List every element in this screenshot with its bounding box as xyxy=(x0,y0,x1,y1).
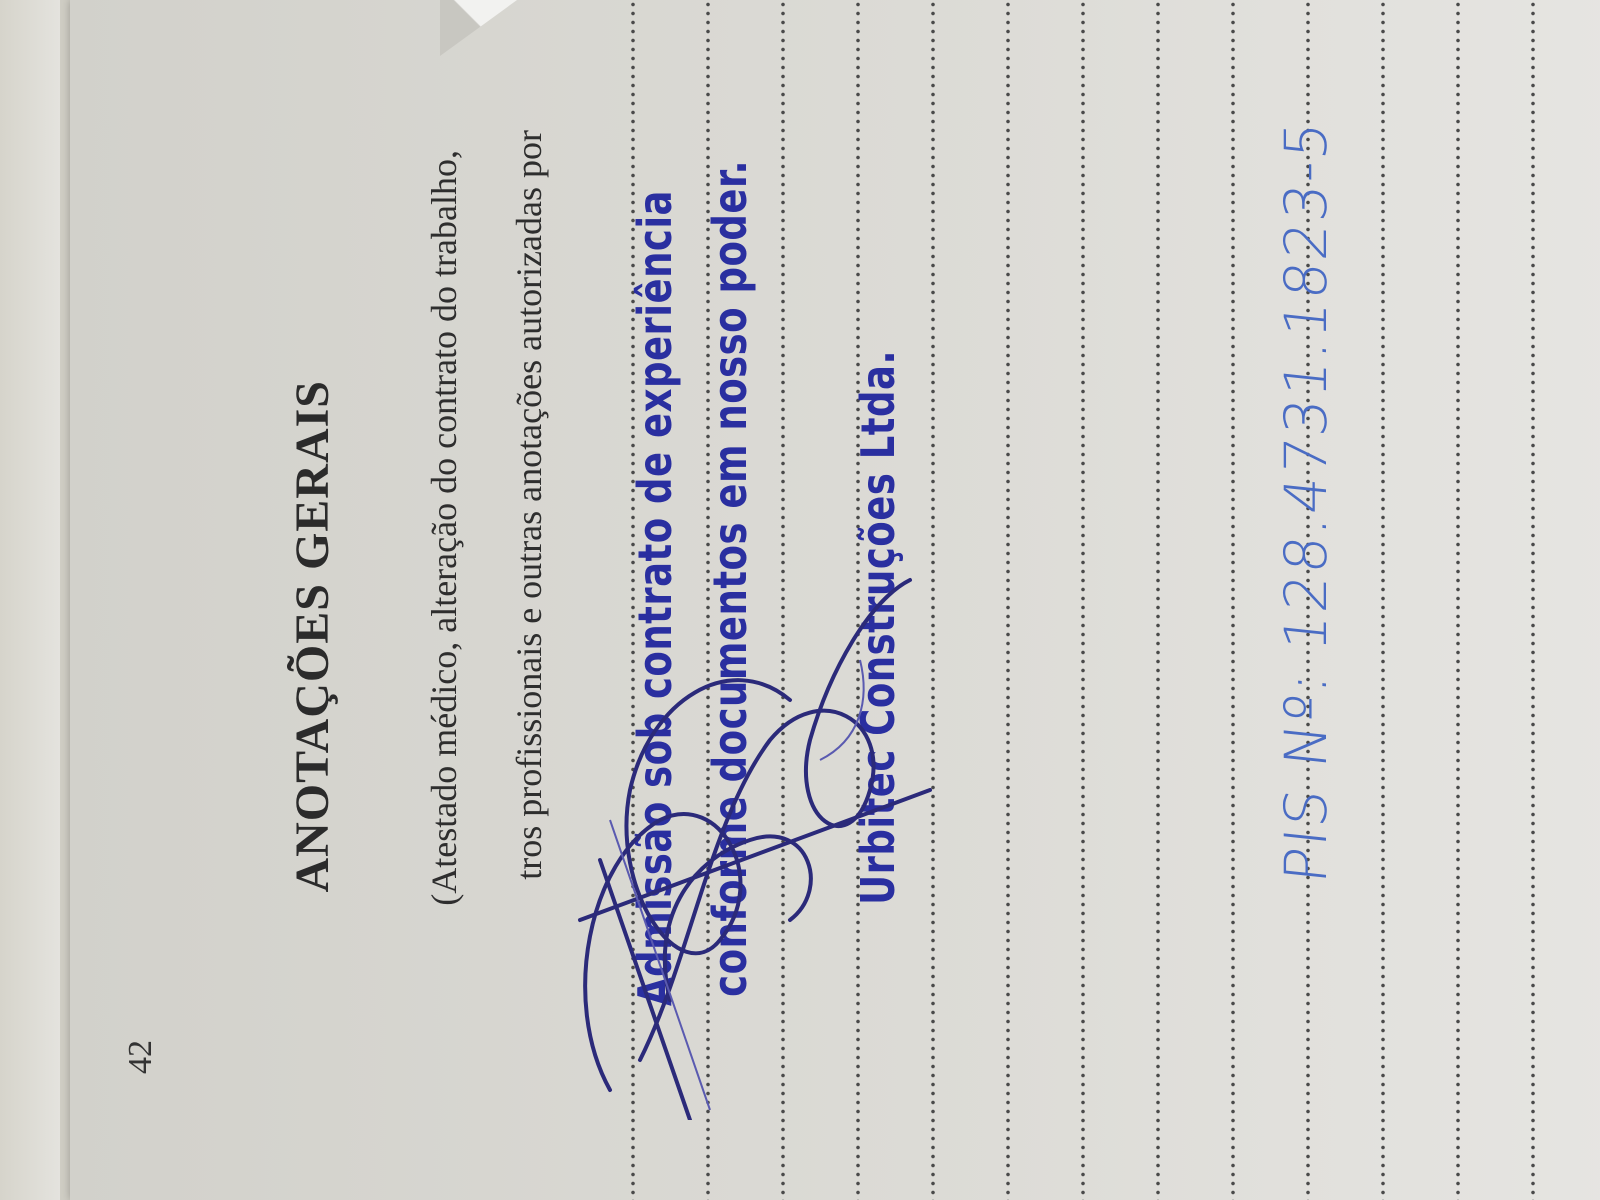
dotted-line xyxy=(1231,0,1235,1200)
page-number: 42 xyxy=(122,1040,160,1074)
dotted-line xyxy=(1006,0,1010,1200)
dotted-line xyxy=(1156,0,1160,1200)
dotted-line xyxy=(1456,0,1460,1200)
signature-scribble xyxy=(570,560,950,1120)
page-title: ANOTAÇÕES GERAIS xyxy=(285,380,340,893)
booklet-page: 42 ANOTAÇÕES GERAIS (Atestado médico, al… xyxy=(70,0,1600,1200)
instructions-line-2: tros profissionais e outras anotações au… xyxy=(508,130,550,880)
background-surface xyxy=(0,0,60,1200)
folded-corner xyxy=(440,0,550,80)
handwritten-pis-number: PIS Nº: 128.4731.1823-5 xyxy=(1272,116,1340,886)
instructions-line-1: (Atestado médico, alteração do contrato … xyxy=(423,150,465,906)
dotted-line xyxy=(1531,0,1535,1200)
dotted-line xyxy=(1081,0,1085,1200)
dotted-line xyxy=(1381,0,1385,1200)
